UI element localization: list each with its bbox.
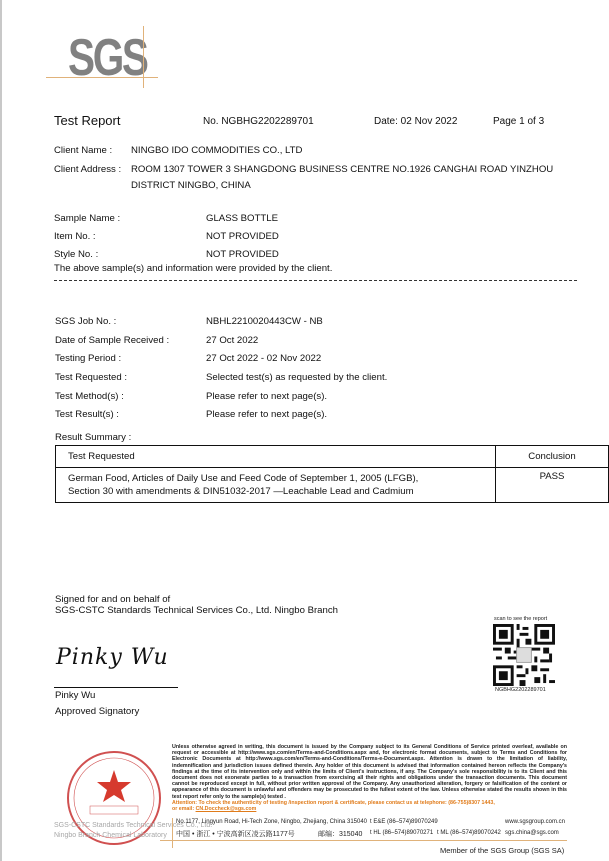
telephone-ml: t ML (86–574)89070242 <box>437 830 501 836</box>
authenticity-notice: Attention: To check the authenticity of … <box>172 800 495 806</box>
dashed-separator <box>54 280 577 281</box>
sample-note: The above sample(s) and information were… <box>54 263 332 274</box>
test-requested-cell: German Food, Articles of Daily Use and F… <box>56 468 496 503</box>
client-address-line2: DISTRICT NINGBO, CHINA <box>131 180 251 191</box>
client-name-label: Client Name : <box>54 145 112 156</box>
telephone-hl: t HL (86–574)89070271 <box>370 830 433 836</box>
postcode-chinese: 邮编：315040 <box>318 829 362 839</box>
job-no-label: SGS Job No. : <box>55 316 116 327</box>
testing-period-label: Testing Period : <box>55 353 121 364</box>
telephone-ee: t E&E (86–574)89070249 <box>370 819 438 825</box>
test-methods-value: Please refer to next page(s). <box>206 391 327 402</box>
address-rule-vertical <box>172 818 173 848</box>
qr-caption-top: scan to see the report <box>494 616 547 622</box>
sample-name-value: GLASS BOTTLE <box>206 213 278 224</box>
address-chinese: 中国 • 浙江 • 宁波高新区凌云路1177号 <box>176 829 295 839</box>
style-no-label: Style No. : <box>54 249 98 260</box>
test-requested-label: Test Requested : <box>55 372 127 383</box>
signoff-line1: Signed for and on behalf of <box>55 594 170 605</box>
qr-code-icon[interactable] <box>493 624 555 686</box>
result-summary-table: Test Requested Conclusion German Food, A… <box>55 445 609 503</box>
page-edge <box>0 0 2 861</box>
test-methods-label: Test Method(s) : <box>55 391 124 402</box>
test-requested-line1: German Food, Articles of Daily Use and F… <box>68 472 495 485</box>
report-title: Test Report <box>54 113 120 128</box>
client-address-label: Client Address : <box>54 164 121 175</box>
report-date: Date: 02 Nov 2022 <box>374 116 457 127</box>
address-rule-horizontal <box>160 840 567 841</box>
signatory-title: Approved Signatory <box>55 706 139 717</box>
sample-name-label: Sample Name : <box>54 213 120 224</box>
job-no-value: NBHL2210020443CW - NB <box>206 316 323 327</box>
header-test-requested: Test Requested <box>56 446 496 468</box>
testing-period-value: 27 Oct 2022 - 02 Nov 2022 <box>206 353 321 364</box>
result-summary-label: Result Summary : <box>55 432 131 443</box>
contact-email-link[interactable]: sgs.china@sgs.com <box>505 830 559 836</box>
website-link[interactable]: www.sgsgroup.com.cn <box>505 819 565 825</box>
report-number: No. NGBHG2202289701 <box>203 116 314 127</box>
qr-caption-bottom: NGBHG2202289701 <box>495 687 546 693</box>
date-received-value: 27 Oct 2022 <box>206 335 258 346</box>
signature-line <box>54 687 178 688</box>
address-english: No.1177, Lingyun Road, Hi-Tech Zone, Nin… <box>176 819 367 825</box>
signatory-name: Pinky Wu <box>55 690 95 701</box>
client-address-line1: ROOM 1307 TOWER 3 SHANGDONG BUSINESS CEN… <box>131 164 553 175</box>
style-no-value: NOT PROVIDED <box>206 249 279 260</box>
test-results-label: Test Result(s) : <box>55 409 119 420</box>
doccheck-email-link[interactable]: CN.Doccheck@sgs.com <box>196 806 257 812</box>
logo-rule-horizontal <box>46 77 158 78</box>
legal-disclaimer: Unless otherwise agreed in writing, this… <box>172 744 567 812</box>
member-of-sgs-group: Member of the SGS Group (SGS SA) <box>440 846 564 855</box>
email-prefix: or email: <box>172 806 196 812</box>
table-header-row: Test Requested Conclusion <box>56 446 609 468</box>
test-requested-line2: Section 30 with amendments & DIN51032-20… <box>68 485 495 498</box>
disclaimer-text: Unless otherwise agreed in writing, this… <box>172 744 567 800</box>
item-no-label: Item No. : <box>54 231 96 242</box>
handwritten-signature: Pinky Wu <box>56 645 169 670</box>
item-no-value: NOT PROVIDED <box>206 231 279 242</box>
test-requested-value: Selected test(s) as requested by the cli… <box>206 372 387 383</box>
test-results-value: Please refer to next page(s). <box>206 409 327 420</box>
page-indicator: Page 1 of 3 <box>493 116 544 127</box>
logo-rule-vertical <box>143 26 144 88</box>
header-conclusion: Conclusion <box>496 446 609 468</box>
date-received-label: Date of Sample Received : <box>55 335 169 346</box>
sgs-logo: SGS <box>46 26 160 90</box>
client-name: NINGBO IDO COMMODITIES CO., LTD <box>131 145 302 156</box>
conclusion-cell: PASS <box>496 468 609 503</box>
seal-line2: Ningbo Branch Chemical Laboratory <box>54 832 167 839</box>
table-row: German Food, Articles of Daily Use and F… <box>56 468 609 503</box>
signoff-company: SGS-CSTC Standards Technical Services Co… <box>55 605 338 616</box>
